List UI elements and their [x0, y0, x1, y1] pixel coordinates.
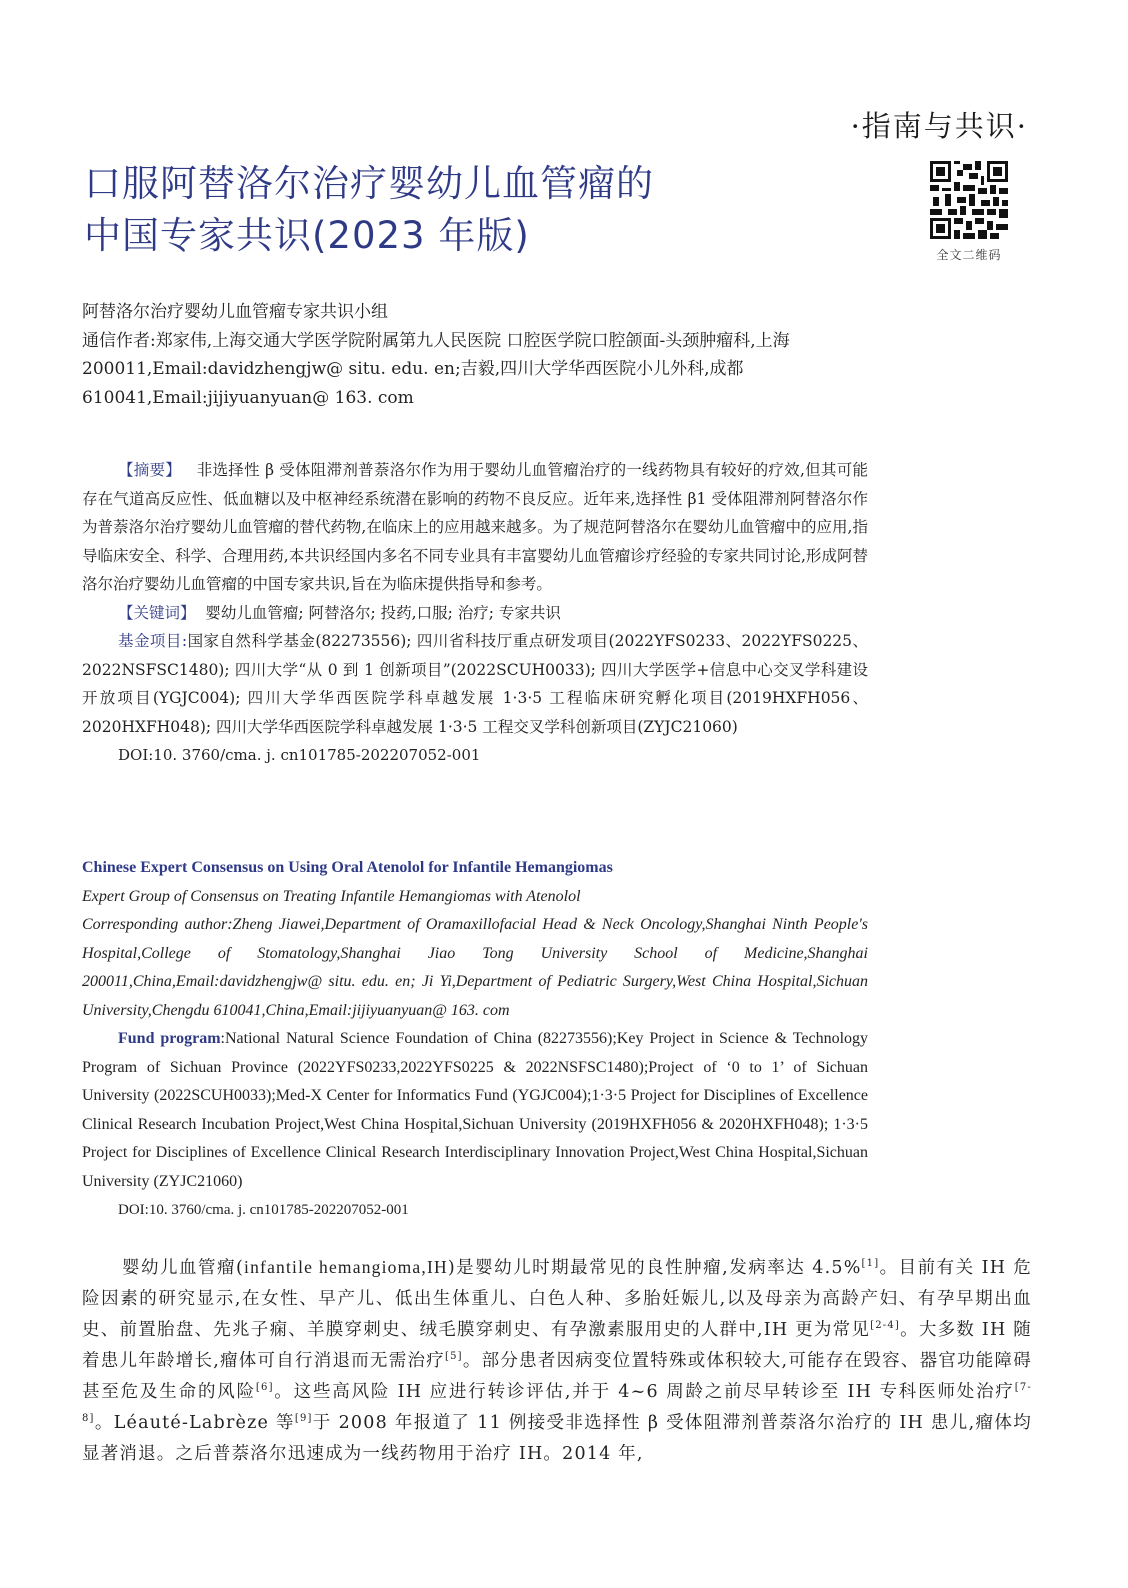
body-text: 婴幼儿血管瘤(infantile hemangioma,IH)是婴幼儿时期最常见…	[82, 1252, 1032, 1470]
body-segment-en: infantile hemangioma,IH	[244, 1257, 448, 1277]
body-segment: 。Léauté-Labrèze 等	[95, 1413, 295, 1433]
body-segment: 婴幼儿血管瘤(	[122, 1258, 244, 1278]
citation-ref[interactable]: [1]	[862, 1258, 880, 1269]
qr-code-icon[interactable]	[930, 160, 1008, 240]
abstract-text: 非选择性 β 受体阻滞剂普萘洛尔作为用于婴幼儿血管瘤治疗的一线药物具有较好的疗效…	[82, 461, 868, 593]
doi-cn[interactable]: DOI:10. 3760/cma. j. cn101785-202207052-…	[82, 741, 868, 770]
title-line-2: 中国专家共识(2023 年版)	[84, 210, 804, 262]
keywords-cn: 【关键词】 婴幼儿血管瘤; 阿替洛尔; 投药,口服; 治疗; 专家共识	[82, 599, 868, 628]
fund-label-cn: 基金项目:	[118, 632, 187, 650]
citation-ref[interactable]: [6]	[256, 1382, 274, 1393]
keywords-label: 【关键词】	[118, 604, 196, 622]
fund-cn: 基金项目:国家自然科学基金(82273556); 四川省科技厅重点研发项目(20…	[82, 627, 868, 741]
section-tag: ·指南与共识·	[851, 104, 1028, 145]
correspondence-cn: 通信作者:郑家伟,上海交通大学医学院附属第九人民医院 口腔医学院口腔颌面-头颈肿…	[82, 327, 872, 413]
keywords-text: 婴幼儿血管瘤; 阿替洛尔; 投药,口服; 治疗; 专家共识	[205, 604, 561, 622]
abstract-cn-paragraph: 【摘要】 非选择性 β 受体阻滞剂普萘洛尔作为用于婴幼儿血管瘤治疗的一线药物具有…	[82, 456, 868, 599]
article-title: 口服阿替洛尔治疗婴幼儿血管瘤的 中国专家共识(2023 年版)	[84, 158, 804, 262]
title-line-1: 口服阿替洛尔治疗婴幼儿血管瘤的	[84, 158, 804, 210]
citation-ref[interactable]: [9]	[295, 1413, 313, 1424]
author-block-cn: 阿替洛尔治疗婴幼儿血管瘤专家共识小组 通信作者:郑家伟,上海交通大学医学院附属第…	[82, 298, 872, 412]
fund-en: Fund program:National Natural Science Fo…	[82, 1025, 868, 1196]
author-group-cn: 阿替洛尔治疗婴幼儿血管瘤专家共识小组	[82, 298, 872, 327]
english-title: Chinese Expert Consensus on Using Oral A…	[82, 854, 868, 883]
body-segment: 。这些高风险 IH 应进行转诊评估,并于 4~6 周龄之前尽早转诊至 IH 专科…	[274, 1382, 1015, 1402]
fund-text-cn: 国家自然科学基金(82273556); 四川省科技厅重点研发项目(2022YFS…	[82, 632, 868, 736]
abstract-en: Chinese Expert Consensus on Using Oral A…	[82, 854, 868, 1225]
citation-ref[interactable]: [5]	[445, 1351, 463, 1362]
intro-paragraph: 婴幼儿血管瘤(infantile hemangioma,IH)是婴幼儿时期最常见…	[82, 1252, 1032, 1470]
doi-en[interactable]: DOI:10. 3760/cma. j. cn101785-202207052-…	[82, 1196, 868, 1225]
abstract-cn: 【摘要】 非选择性 β 受体阻滞剂普萘洛尔作为用于婴幼儿血管瘤治疗的一线药物具有…	[82, 456, 868, 770]
abstract-label: 【摘要】	[118, 461, 181, 479]
fund-label-en: Fund program	[118, 1030, 221, 1047]
qr-caption: 全文二维码	[928, 246, 1010, 263]
fund-text-en: :National Natural Science Foundation of …	[82, 1030, 868, 1190]
body-segment: )是婴幼儿时期最常见的良性肿瘤,发病率达 4.5%	[448, 1258, 862, 1278]
correspondence-en: Corresponding author:Zheng Jiawei,Depart…	[82, 911, 868, 1025]
citation-ref[interactable]: [2-4]	[870, 1320, 900, 1331]
author-group-en: Expert Group of Consensus on Treating In…	[82, 883, 868, 912]
